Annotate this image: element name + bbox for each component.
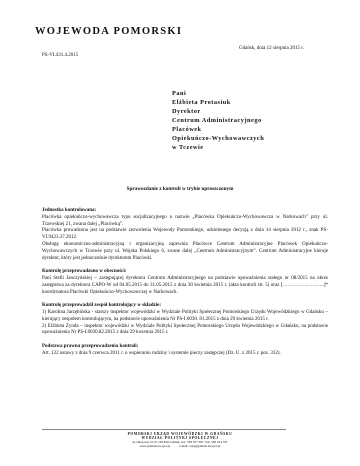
document-page: WOJEWODA POMORSKI PS-VI.431.4.2015 Gdańs… xyxy=(0,0,360,466)
paragraph: Art. 122 ustawy z dnia 9 czerwca 2011 r.… xyxy=(42,351,328,358)
paragraph: Obsługę ekonomiczno-administracyjną i or… xyxy=(42,242,328,262)
footer-website-link[interactable]: www.gdansk.uw.gov.pl xyxy=(140,444,171,448)
addressee-line: Pani xyxy=(172,89,264,98)
letterhead-footer: POMORSKI URZĄD WOJEWÓDZKI W GDAŃSKU WYDZ… xyxy=(0,432,360,448)
paragraph: Pani Stelli Janczyńskiej – zastępującej … xyxy=(42,276,328,296)
section-title: Kontrolę przeprowadził zespół kontrolują… xyxy=(42,303,328,310)
section-inspected-unit: Jednostka kontrolowana: Placówka opiekuń… xyxy=(42,208,328,262)
paragraph: 1) Karolina Jarzębińska - starszy inspek… xyxy=(42,310,328,324)
section-title: Jednostka kontrolowana: xyxy=(42,208,328,215)
issuer-title: WOJEWODA POMORSKI xyxy=(35,26,182,37)
place-date: Gdańsk, dnia 12 sierpnia 2015 r. xyxy=(239,46,304,51)
addressee-line: Centrum Administracyjnego xyxy=(172,116,264,125)
footer-email-link[interactable]: e-mail: wps@gdansk.uw.gov.pl xyxy=(179,444,220,448)
section-inspection-team: Kontrolę przeprowadził zespół kontrolują… xyxy=(42,303,328,337)
addressee-line: Elżbieta Protasiuk xyxy=(172,98,264,107)
section-title: Podstawa prawna przeprowadzenia kontroli… xyxy=(42,344,328,351)
section-presence: Kontrolę przeprowadzono w obecności: Pan… xyxy=(42,269,328,296)
document-heading: Sprawozdanie z kontroli w trybie uproszc… xyxy=(0,186,360,192)
addressee-line: w Tczewie xyxy=(172,143,264,152)
addressee-line: Opiekuńczo-Wychowawczych xyxy=(172,134,264,143)
footer-contact: www.gdansk.uw.gov.pl e-mail: wps@gdansk.… xyxy=(0,444,360,448)
document-body: Jednostka kontrolowana: Placówka opiekuń… xyxy=(42,208,328,364)
paragraph: Placówka opiekuńczo-wychowawcza typu soc… xyxy=(42,215,328,229)
addressee-line: Placówek xyxy=(172,125,264,134)
paragraph: 2) Elżbieta Żynda – inspektor wojewódzki… xyxy=(42,324,328,338)
addressee-line: Dyrektor xyxy=(172,107,264,116)
addressee-block: Pani Elżbieta Protasiuk Dyrektor Centrum… xyxy=(172,89,264,152)
section-legal-basis: Podstawa prawna przeprowadzenia kontroli… xyxy=(42,344,328,358)
paragraph: Placówka prowadzona jest na podstawie ze… xyxy=(42,228,328,242)
reference-number: PS-VI.431.4.2015 xyxy=(42,53,78,58)
footer-divider xyxy=(42,429,286,430)
section-title: Kontrolę przeprowadzono w obecności: xyxy=(42,269,328,276)
